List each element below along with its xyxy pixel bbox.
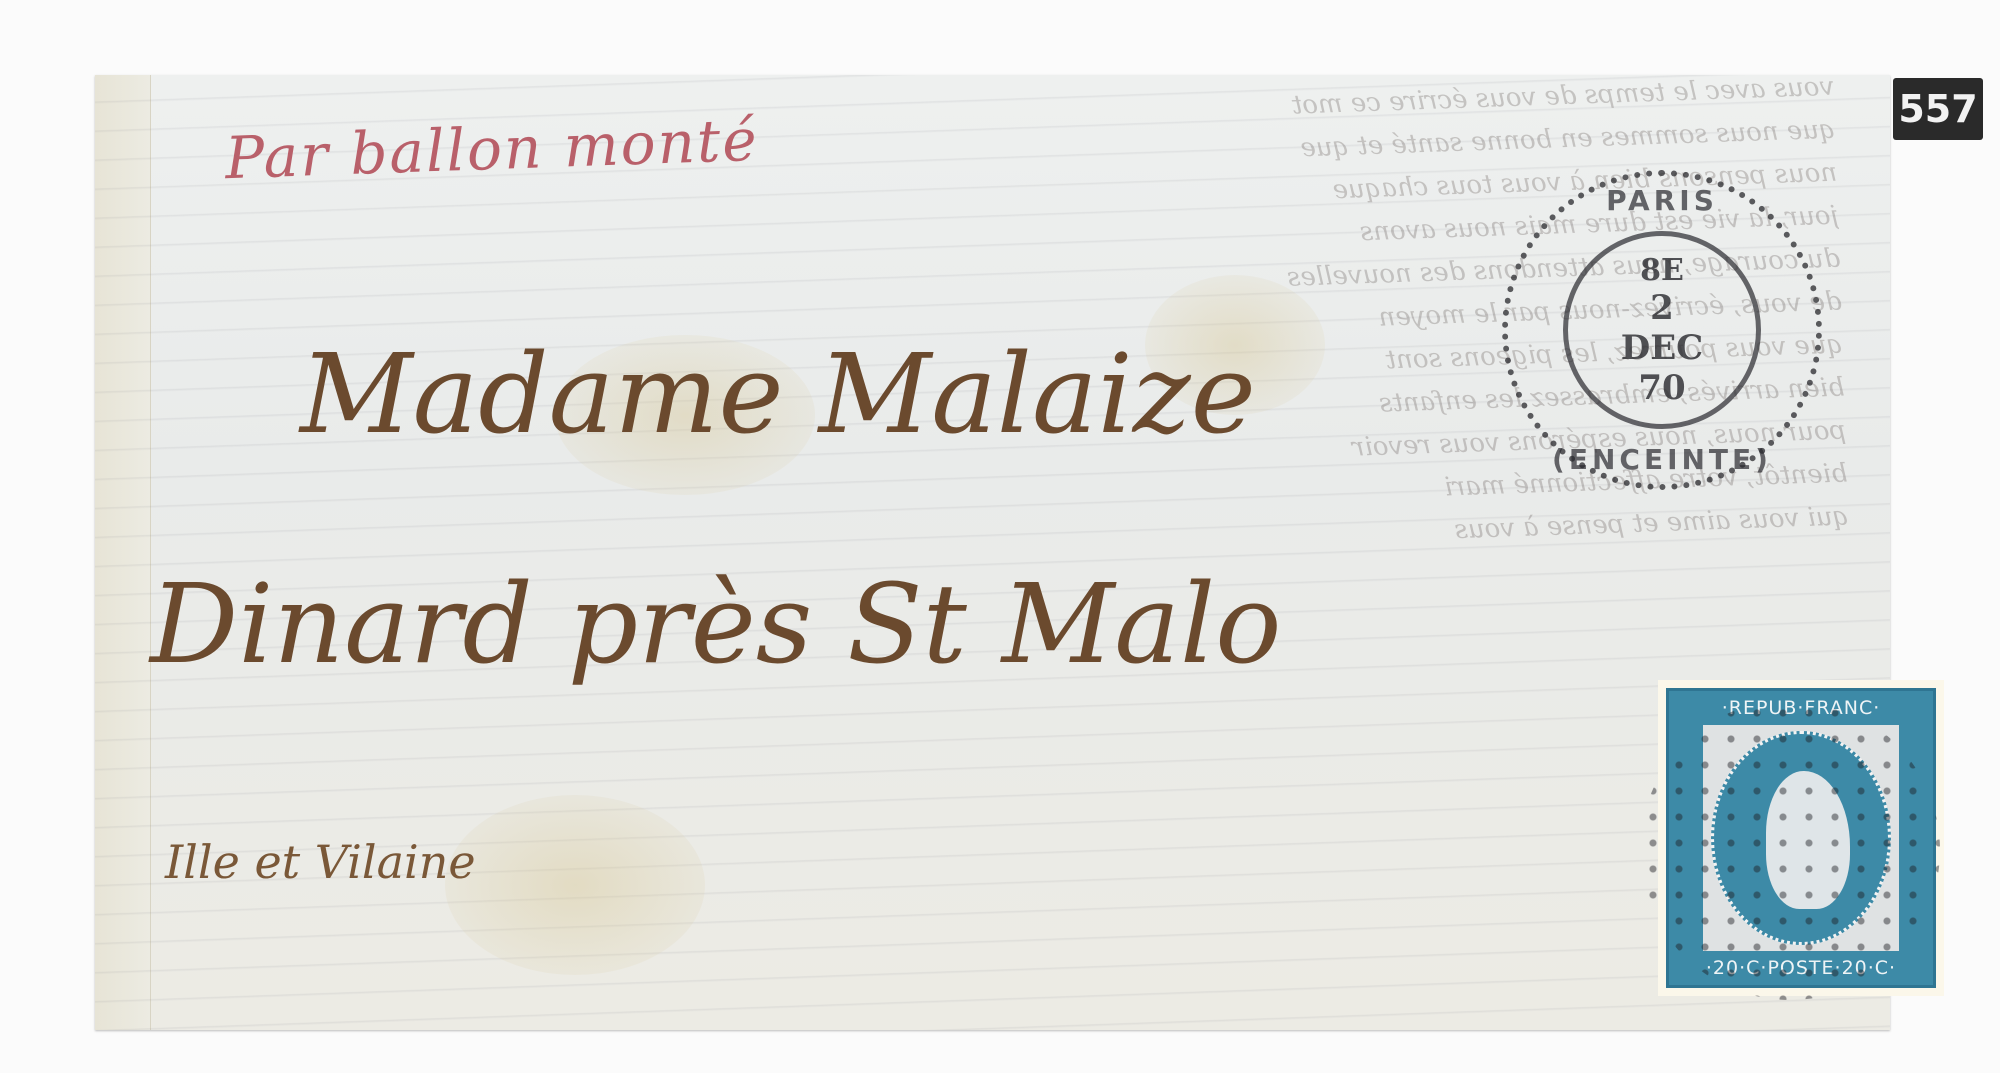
dotted-cancellation <box>1640 700 1940 1000</box>
address-town: Dinard près St Malo <box>150 560 1281 688</box>
postmark-date-ring: 8E 2 DEC 70 <box>1563 231 1761 429</box>
paris-postmark: PARIS 8E 2 DEC 70 (ENCEINTE) <box>1502 170 1822 490</box>
postmark-city: PARIS <box>1508 184 1816 217</box>
addressee-name: Madame Malaize <box>300 330 1256 458</box>
postmark-series: 8E <box>1640 253 1684 288</box>
postmark-month: DEC <box>1621 328 1703 368</box>
lot-number-label: 557 <box>1893 78 1983 140</box>
address-department: Ille et Vilaine <box>165 835 476 889</box>
postmark-office: (ENCEINTE) <box>1508 443 1816 476</box>
postmark-day: 2 <box>1650 288 1674 328</box>
paper-stain <box>445 795 705 975</box>
postmark-year: 70 <box>1638 368 1685 408</box>
